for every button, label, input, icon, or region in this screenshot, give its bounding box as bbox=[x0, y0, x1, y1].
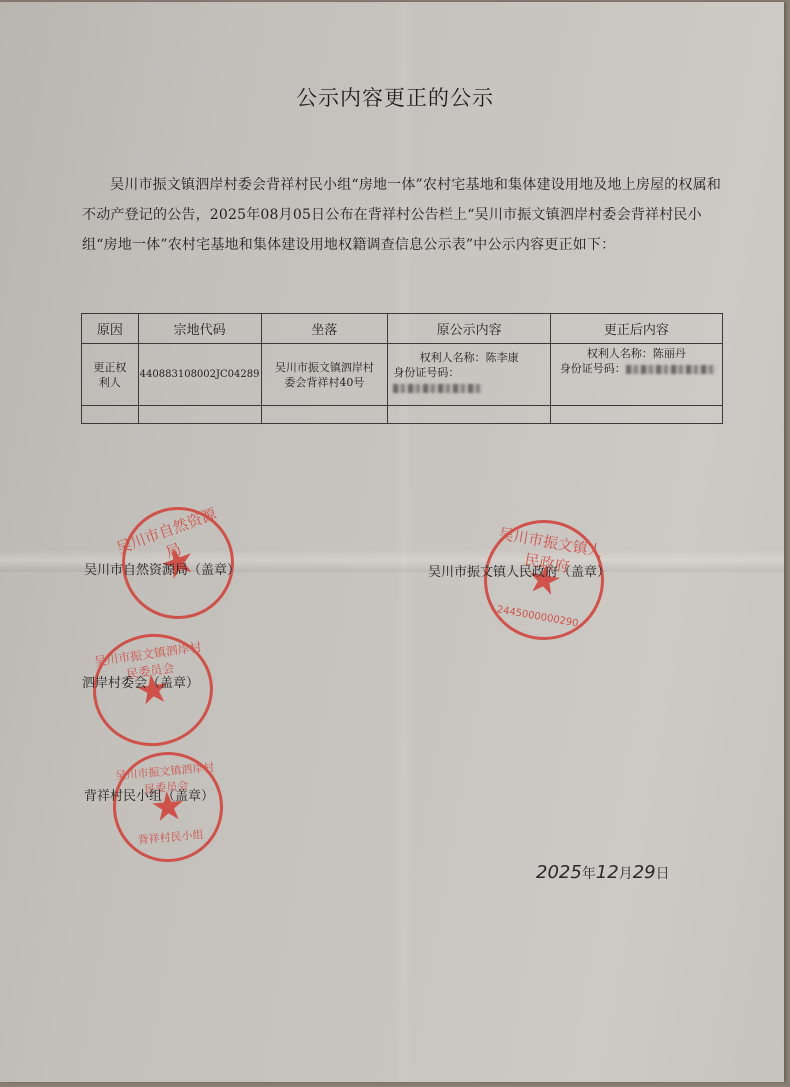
document-paper: 公示内容更正的公示 吴川市振文镇泗岸村委会背祥村民小组“房地一体”农村宅基地和集… bbox=[0, 2, 784, 1082]
redacted-id bbox=[626, 365, 716, 374]
paper-fold-vertical bbox=[395, 2, 413, 1082]
redacted-id bbox=[393, 384, 483, 393]
header-location: 坐落 bbox=[261, 314, 388, 344]
announcement-paragraph: 吴川市振文镇泗岸村委会背祥村民小组“房地一体”农村宅基地和集体建设用地及地上房屋… bbox=[82, 170, 722, 260]
original-id-line: 身份证号码： bbox=[389, 365, 548, 395]
header-parcel-code: 宗地代码 bbox=[138, 314, 261, 344]
header-original: 原公示内容 bbox=[388, 314, 550, 344]
header-reason: 原因 bbox=[82, 314, 139, 344]
cell-original: 权利人名称：陈李康 身份证号码： bbox=[388, 344, 550, 406]
cell-location: 吴川市振文镇泗岸村委会背祥村40号 bbox=[261, 344, 388, 406]
corrected-id-line: 身份证号码： bbox=[552, 361, 721, 376]
cell-corrected: 权利人名称：陈丽丹 身份证号码： bbox=[550, 344, 722, 406]
corrected-name-line: 权利人名称：陈丽丹 bbox=[552, 346, 721, 361]
seal-village-group: 吴川市振文镇泗岸村民委员会 ★ 背祥村民小组 bbox=[108, 747, 227, 866]
document-title: 公示内容更正的公示 bbox=[0, 82, 790, 112]
handwritten-date: 2025年12月29日 bbox=[536, 862, 670, 883]
cell-reason: 更正权利人 bbox=[82, 344, 139, 406]
sig-natural-resources-bureau: 吴川市自然资源局（盖章） bbox=[84, 559, 240, 578]
table-row-empty bbox=[82, 406, 723, 424]
header-corrected: 更正后内容 bbox=[550, 314, 722, 344]
table-header-row: 原因 宗地代码 坐落 原公示内容 更正后内容 bbox=[82, 314, 723, 344]
original-name: 陈李康 bbox=[486, 351, 519, 364]
sig-village-committee: 泗岸村委会（盖章） bbox=[82, 672, 199, 691]
correction-table: 原因 宗地代码 坐落 原公示内容 更正后内容 更正权利人 44088310800… bbox=[81, 313, 723, 424]
seal-town-government: 吴川市振文镇人民政府 ★ 2445000000290 bbox=[474, 510, 613, 649]
sig-village-group: 背祥村民小组（盖章） bbox=[84, 785, 214, 804]
corrected-name: 陈丽丹 bbox=[653, 347, 686, 360]
original-name-line: 权利人名称：陈李康 bbox=[389, 350, 548, 365]
cell-parcel-code: 440883108002JC04289 bbox=[138, 344, 261, 406]
table-row: 更正权利人 440883108002JC04289 吴川市振文镇泗岸村委会背祥村… bbox=[82, 344, 723, 406]
sig-town-government: 吴川市振文镇人民政府（盖章） bbox=[428, 561, 610, 580]
